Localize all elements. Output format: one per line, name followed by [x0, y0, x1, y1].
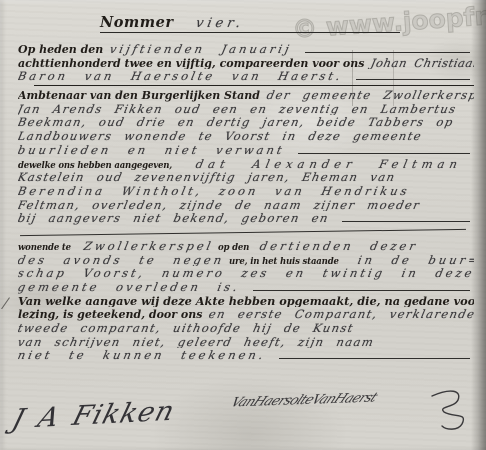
document-line: Van welke aangave wij deze Akte hebben o… — [18, 294, 474, 308]
handwritten-text: Berendina Wintholt, zoon van Hendrikus — [18, 184, 411, 198]
horizontal-rule — [34, 85, 474, 86]
document-line: Kastelein oud zevenenvijftig jaren, Ehem… — [18, 170, 474, 184]
printed-text: Ambtenaar van den Burgerlijken Stand — [18, 89, 260, 102]
handwritten-text: bij aangevers niet bekend, geboren en — [18, 211, 330, 225]
handwritten-text: in de buur= — [357, 253, 474, 267]
document-line: lezing, is geteekend, door onsen eerste … — [18, 307, 474, 321]
ruled-fill-line — [305, 51, 470, 53]
document-line: dewelke ons hebben aangegeven,dat Alexan… — [18, 157, 474, 171]
printed-text: lezing, is geteekend, door ons — [18, 308, 202, 321]
ruled-fill-line — [356, 78, 470, 80]
document-line: tweede comparant, uithoofde hij de Kunst — [18, 321, 474, 335]
handwritten-text: Kastelein oud zevenenvijftig jaren, Ehem… — [18, 170, 397, 184]
handwritten-text: dat Alexander Feltman — [195, 157, 464, 171]
handwritten-text: dertienden dezer — [258, 239, 419, 253]
document-line: des avonds te negenure, in het huis staa… — [18, 253, 474, 267]
witness-signature: J A Fikken — [9, 396, 179, 435]
ruled-fill-line — [253, 289, 470, 291]
document-line: Jan Arends Fikken oud een en zeventig en… — [18, 102, 474, 116]
document-line: niet te kunnen teekenen. — [18, 348, 474, 362]
handwritten-text: Jan Arends Fikken oud een en zeventig en… — [18, 102, 458, 116]
handwritten-text: gemeente overleden is. — [18, 280, 241, 294]
handwritten-text: tweede comparant, uithoofde hij de Kunst — [18, 321, 355, 335]
handwritten-text: Landbouwers wonende te Voorst in deze ge… — [18, 129, 424, 143]
scanned-document-page: © www.joopfreie.nl ∕ Nommer vier. Op hed… — [0, 0, 486, 450]
printed-text: Op heden den — [18, 43, 103, 56]
document-line: Op heden denvijftienden Januarij — [18, 42, 474, 56]
handwritten-text: Baron van Haersolte van Haerst. — [18, 69, 344, 83]
handwritten-text: schap Voorst, numero zes en twintig in d… — [18, 266, 474, 280]
handwritten-text: buurlieden en niet verwant — [18, 143, 286, 157]
document-line: Berendina Wintholt, zoon van Hendrikus — [18, 184, 474, 198]
document-line: Landbouwers wonende te Voorst in deze ge… — [18, 129, 474, 143]
handwritten-text: niet te kunnen teekenen. — [18, 348, 267, 362]
document-line: wonende teZwollerkerspelop dendertienden… — [18, 239, 474, 253]
ruled-fill-line — [279, 357, 470, 359]
document-line: Ambtenaar van den Burgerlijken Standder … — [18, 88, 474, 102]
document-line: Feltman, overleden, zijnde de naam zijne… — [18, 198, 474, 212]
printed-text: dewelke ons hebben aangegeven, — [18, 160, 172, 171]
handwritten-text: van schrijven niet, geleerd heeft, zijn … — [18, 335, 376, 349]
printed-text: op den — [218, 242, 249, 253]
document-line: buurlieden en niet verwant — [18, 143, 474, 157]
document-line: achttienhonderd twee en vijftig, compare… — [18, 56, 474, 70]
horizontal-rule — [20, 229, 466, 236]
handwritten-text: vijftienden Januarij — [109, 42, 294, 56]
document-line: bij aangevers niet bekend, geboren en — [18, 211, 474, 225]
printed-text: wonende te — [18, 242, 71, 253]
registrar-signature: VanHaersolteVanHaerst — [228, 391, 379, 411]
document-line: Baron van Haersolte van Haerst. — [18, 69, 474, 83]
number-label: Nommer — [100, 14, 173, 31]
document-line: schap Voorst, numero zes en twintig in d… — [18, 266, 474, 280]
ruled-fill-line — [298, 152, 470, 154]
handwritten-text: Feltman, overleden, zijnde de naam zijne… — [18, 198, 422, 212]
number-value: vier. — [195, 16, 246, 31]
printed-text: achttienhonderd twee en vijftig, compare… — [18, 57, 364, 70]
scan-edge-shadow — [471, 0, 486, 450]
document-line: gemeente overleden is. — [18, 280, 474, 294]
printed-text: ure, in het huis staande — [229, 256, 339, 267]
handwritten-text: Beekman, oud drie en dertig jaren, beide… — [18, 115, 455, 129]
handwritten-text: Zwollerkerspel — [82, 239, 214, 253]
document-content: Nommer vier. Op heden denvijftienden Jan… — [0, 0, 486, 362]
handwritten-text: Johan Christiaan, — [370, 56, 474, 70]
handwritten-text: des avonds te negen — [18, 253, 226, 267]
handwritten-text: en eerste Comparant, verklarende — [208, 307, 474, 321]
signature-flourish-icon — [428, 386, 474, 434]
ruled-fill-line — [342, 220, 470, 222]
handwritten-text: der gemeente Zwollerkerspel — [265, 88, 474, 102]
document-line: van schrijven niet, geleerd heeft, zijn … — [18, 335, 474, 349]
document-line: Beekman, oud drie en dertig jaren, beide… — [18, 115, 474, 129]
document-header: Nommer vier. — [100, 14, 400, 33]
document-body: Op heden denvijftienden Januarijachttien… — [18, 42, 474, 362]
printed-text: Van welke aangave wij deze Akte hebben o… — [18, 294, 474, 308]
